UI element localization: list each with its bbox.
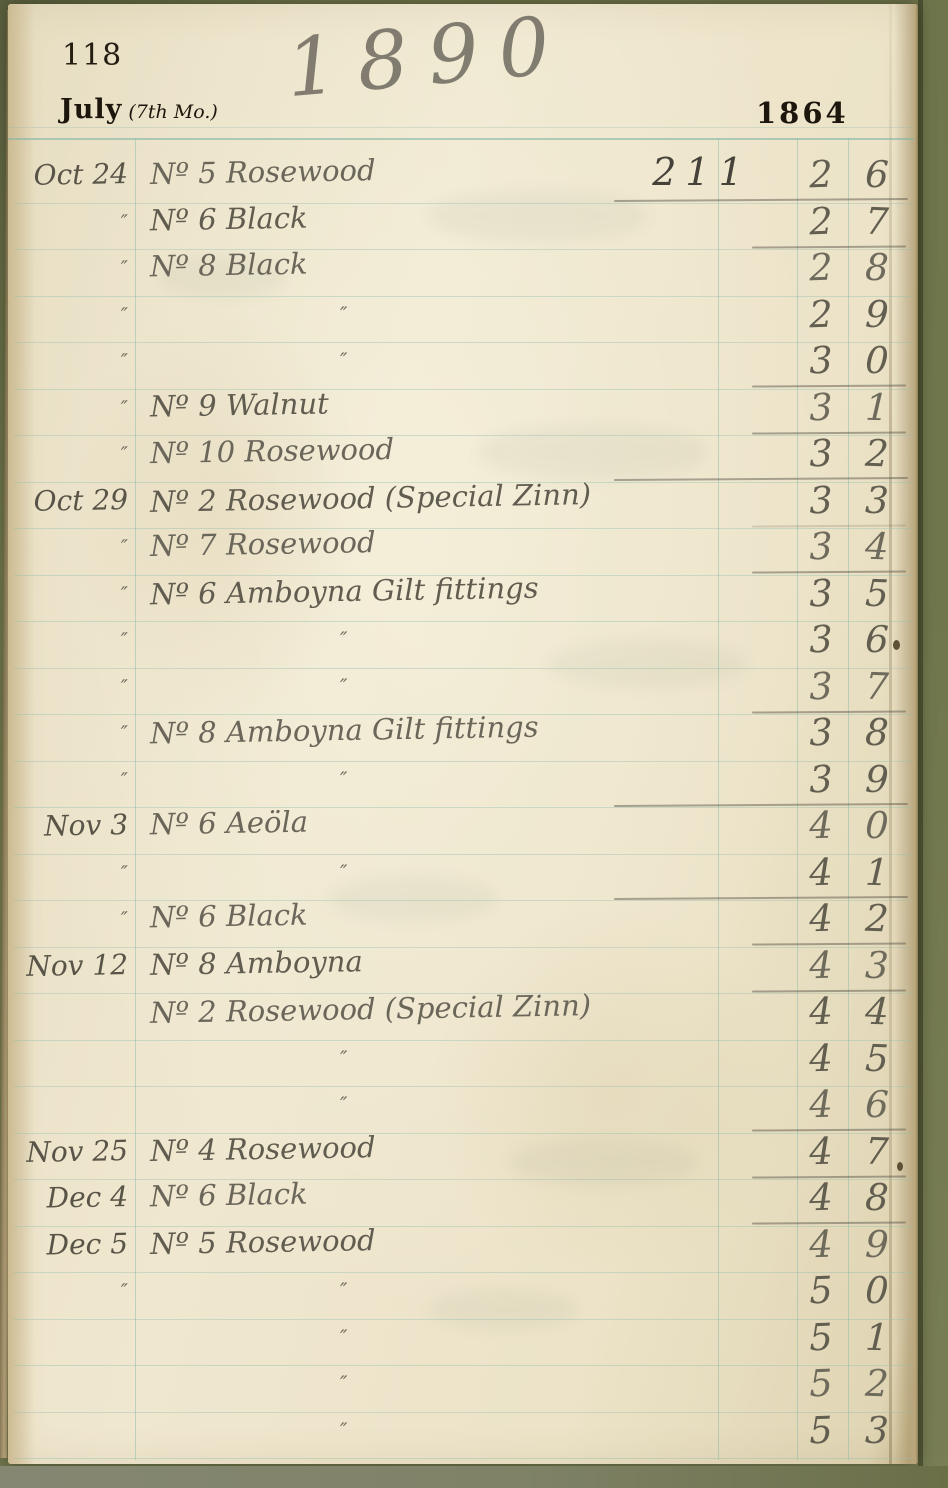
entry-date: ″ xyxy=(12,582,142,606)
serial-digit-units: 6 xyxy=(855,1082,898,1126)
entry-description: Nº 6 Black xyxy=(150,898,308,935)
serial-digit-units: 4 xyxy=(855,524,898,568)
ledger-row: ″Nº 6 Black27 xyxy=(8,203,918,250)
serial-digit-tens: 4 xyxy=(799,943,842,987)
ledger-row: ″″39 xyxy=(8,761,918,808)
entry-description: Nº 6 Black xyxy=(150,200,308,237)
entry-date: ″ xyxy=(12,629,142,653)
serial-digit-tens: 2 xyxy=(799,199,842,243)
entry-date: ″ xyxy=(12,675,142,699)
serial-digit-tens: 3 xyxy=(799,478,842,522)
entry-description: Nº 2 Rosewood (Special Zinn) xyxy=(150,988,592,1030)
entry-description: ″ xyxy=(340,1278,347,1302)
serial-digit-units: 8 xyxy=(855,245,898,289)
entry-description: Nº 9 Walnut xyxy=(150,386,329,423)
entry-date: ″ xyxy=(12,908,142,932)
ledger-row: ″Nº 9 Walnut31 xyxy=(8,389,918,436)
entry-description: ″ xyxy=(340,1418,347,1442)
serial-digit-tens: 2 xyxy=(799,245,842,289)
ledger-row: ″45 xyxy=(8,1040,918,1087)
entry-date: ″ xyxy=(12,257,142,281)
entry-description: ″ xyxy=(340,1092,347,1116)
serial-digit-units: 2 xyxy=(855,431,898,475)
ledger-row: ″Nº 8 Black28 xyxy=(8,249,918,296)
entry-date: Dec 5 xyxy=(12,1226,143,1261)
serial-digit-tens: 4 xyxy=(799,1036,842,1080)
serial-digit-tens: 3 xyxy=(799,385,842,429)
ledger-row: ″″29 xyxy=(8,296,918,343)
ledger-row: ″52 xyxy=(8,1365,918,1412)
entry-date: ″ xyxy=(12,303,142,327)
serial-digit-tens: 4 xyxy=(799,803,842,847)
ledger-row: ″″30 xyxy=(8,342,918,389)
ledger-row: ″″50 xyxy=(8,1272,918,1319)
ledger-row: Oct 29Nº 2 Rosewood (Special Zinn)33 xyxy=(8,482,918,529)
entry-description: ″ xyxy=(340,767,347,791)
serial-digit-tens: 3 xyxy=(799,617,842,661)
entry-description: ″ xyxy=(340,1371,347,1395)
entry-description: Nº 8 Amboyna Gilt fittings xyxy=(150,710,539,751)
binding-shadow xyxy=(918,0,923,1470)
entry-date: Nov 12 xyxy=(12,947,143,982)
serial-digit-units: 5 xyxy=(855,571,898,615)
serial-digit-tens: 5 xyxy=(799,1408,842,1452)
serial-digit-units: 8 xyxy=(855,710,898,754)
serial-digit-units: 5 xyxy=(855,1036,898,1080)
serial-digit-units: 4 xyxy=(855,989,898,1033)
entry-description: ″ xyxy=(340,1046,347,1070)
entry-date: ″ xyxy=(12,396,142,420)
entry-date: Oct 24 xyxy=(12,157,143,192)
entry-description: Nº 6 Amboyna Gilt fittings xyxy=(150,570,539,611)
ledger-row: ″Nº 10 Rosewood32 xyxy=(8,435,918,482)
desk-surface xyxy=(0,1466,948,1488)
serial-digit-tens: 2 xyxy=(799,152,842,196)
entry-description: Nº 8 Black xyxy=(150,247,308,284)
ledger-row: ″″37 xyxy=(8,668,918,715)
serial-digit-tens: 3 xyxy=(799,524,842,568)
serial-digit-tens: 2 xyxy=(799,292,842,336)
ledger-row: Nov 12Nº 8 Amboyna43 xyxy=(8,947,918,994)
serial-digit-tens: 3 xyxy=(799,757,842,801)
serial-digit-units: 3 xyxy=(855,478,898,522)
entry-description: Nº 7 Rosewood xyxy=(150,525,376,563)
entry-description: ″ xyxy=(340,302,347,326)
entry-description: Nº 5 Rosewood xyxy=(150,153,376,191)
serial-digit-units: 9 xyxy=(855,292,898,336)
entry-date: ″ xyxy=(12,722,142,746)
entry-description: Nº 8 Amboyna xyxy=(150,944,363,982)
serial-digit-units: 7 xyxy=(855,199,898,243)
serial-digit-units: 0 xyxy=(855,338,898,382)
serial-digit-tens: 4 xyxy=(799,850,842,894)
serial-digit-tens: 3 xyxy=(799,431,842,475)
reference-number: 211 xyxy=(634,150,770,194)
entry-date: ″ xyxy=(12,443,142,467)
entry-date: ″ xyxy=(12,1280,142,1304)
ledger-row: Nov 25Nº 4 Rosewood47 xyxy=(8,1133,918,1180)
ledger-row: Nov 3Nº 6 Aeöla40 xyxy=(8,807,918,854)
serial-digit-tens: 3 xyxy=(799,571,842,615)
serial-digit-units: 0 xyxy=(855,803,898,847)
serial-digit-tens: 4 xyxy=(799,1175,842,1219)
entry-date: Oct 29 xyxy=(12,482,143,517)
serial-digit-tens: 4 xyxy=(799,1082,842,1126)
entry-description: Nº 4 Rosewood xyxy=(150,1130,376,1168)
entry-description: Nº 6 Aeöla xyxy=(150,805,309,842)
serial-digit-units: 1 xyxy=(855,850,898,894)
ledger-page: 118 July(7th Mo.) 1864 1890 Oct 24Nº 5 R… xyxy=(8,4,918,1464)
entry-date: Nov 25 xyxy=(12,1133,143,1168)
serial-digit-units: 3 xyxy=(855,943,898,987)
entry-description: Nº 6 Black xyxy=(150,1177,308,1214)
ledger-row: Oct 24Nº 5 Rosewood21126 xyxy=(8,156,918,203)
serial-digit-tens: 3 xyxy=(799,664,842,708)
entry-date: ″ xyxy=(12,536,142,560)
ledger-row: ″51 xyxy=(8,1319,918,1366)
entry-date: Nov 3 xyxy=(12,808,143,843)
entry-description: Nº 2 Rosewood (Special Zinn) xyxy=(150,477,592,519)
entry-description: ″ xyxy=(340,860,347,884)
entry-description: Nº 10 Rosewood xyxy=(150,432,395,470)
serial-digit-units: 0 xyxy=(855,1268,898,1312)
serial-digit-units: 7 xyxy=(855,1129,898,1173)
entry-date: ″ xyxy=(12,768,142,792)
entry-description: ″ xyxy=(340,1325,347,1349)
ledger-row: Nº 2 Rosewood (Special Zinn)44 xyxy=(8,993,918,1040)
ledger-row: ″46 xyxy=(8,1086,918,1133)
serial-digit-tens: 4 xyxy=(799,896,842,940)
entry-description: Nº 5 Rosewood xyxy=(150,1223,376,1261)
serial-digit-units: 2 xyxy=(855,1361,898,1405)
serial-digit-tens: 5 xyxy=(799,1268,842,1312)
entry-date: ″ xyxy=(12,350,142,374)
serial-digit-tens: 5 xyxy=(799,1361,842,1405)
serial-digit-tens: 3 xyxy=(799,338,842,382)
ledger-row: Dec 5Nº 5 Rosewood49 xyxy=(8,1226,918,1273)
ledger-row: ″53 xyxy=(8,1412,918,1459)
serial-digit-tens: 5 xyxy=(799,1315,842,1359)
entry-description: ″ xyxy=(340,674,347,698)
ledger-row: ″Nº 6 Black42 xyxy=(8,900,918,947)
ledger-row: ″Nº 6 Amboyna Gilt fittings35 xyxy=(8,575,918,622)
ledger-rows: Oct 24Nº 5 Rosewood21126″Nº 6 Black27″Nº… xyxy=(8,4,918,1464)
ledger-row: Dec 4Nº 6 Black48 xyxy=(8,1179,918,1226)
entry-description: ″ xyxy=(340,348,347,372)
serial-digit-tens: 4 xyxy=(799,989,842,1033)
serial-digit-tens: 4 xyxy=(799,1129,842,1173)
serial-digit-units: 3 xyxy=(855,1408,898,1452)
ledger-row: ″Nº 8 Amboyna Gilt fittings38 xyxy=(8,714,918,761)
ledger-row: ″″36 xyxy=(8,621,918,668)
serial-digit-units: 9 xyxy=(855,757,898,801)
entry-description: ″ xyxy=(340,627,347,651)
serial-digit-units: 6 xyxy=(855,617,898,661)
entry-date: ″ xyxy=(12,861,142,885)
serial-digit-tens: 3 xyxy=(799,710,842,754)
serial-digit-units: 8 xyxy=(855,1175,898,1219)
serial-digit-units: 2 xyxy=(855,896,898,940)
serial-digit-tens: 4 xyxy=(799,1222,842,1266)
serial-digit-units: 7 xyxy=(855,664,898,708)
entry-date: ″ xyxy=(12,210,142,234)
ledger-row: ″″41 xyxy=(8,854,918,901)
entry-date: Dec 4 xyxy=(12,1180,143,1215)
serial-digit-units: 1 xyxy=(855,385,898,429)
serial-digit-units: 9 xyxy=(855,1222,898,1266)
serial-digit-units: 1 xyxy=(855,1315,898,1359)
ledger-row: ″Nº 7 Rosewood34 xyxy=(8,528,918,575)
serial-digit-units: 6 xyxy=(855,152,898,196)
